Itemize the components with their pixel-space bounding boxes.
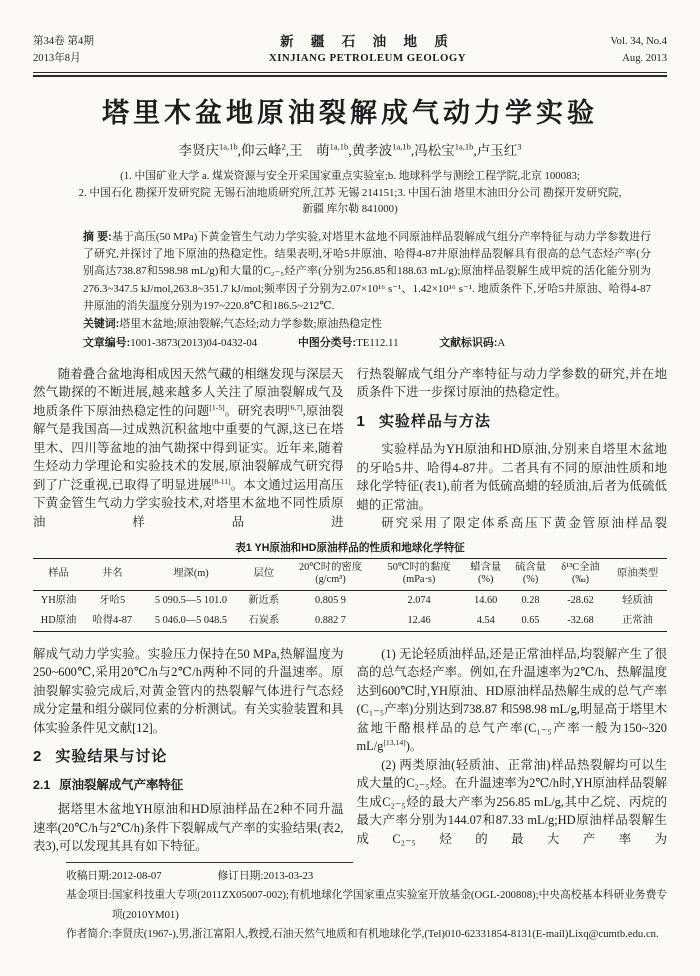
col-header-wax: 蜡含量(%) [463, 558, 508, 590]
affiliation-line: 新疆 库尔勒 841000) [33, 201, 667, 218]
abstract: 摘 要:基于高压(50 MPa)下黄金管生气动力学实验,对塔里木盆地不同原油样品… [83, 229, 651, 315]
abstract-block: 摘 要:基于高压(50 MPa)下黄金管生气动力学实验,对塔里木盆地不同原油样品… [83, 229, 651, 352]
author-bio-line: 作者简介: 李贤庆(1967-),男,浙江富阳人,教授,石油天然气地质和有机地球… [33, 925, 667, 944]
article-meta-line: 文章编号:1001-3873(2013)04-0432-04 中图分类号:TE1… [83, 335, 651, 352]
issue-info-cn: 第34卷 第4期 2013年8月 [33, 34, 163, 67]
section-2-heading: 2实验结果与讨论 [33, 748, 344, 767]
author-line: 李贤庆1a,1b,仰云峰2,王 萌1a,1b,黄孝波1a,1b,冯松宝1a,1b… [33, 142, 667, 160]
table1: 样品 井名 埋深(m) 层位 20℃时的密度(g/cm³) 50℃时的黏度(mP… [33, 558, 667, 632]
col-header-delta13c: δ¹³C全油(‰) [553, 558, 608, 590]
journal-header: 第34卷 第4期 2013年8月 新 疆 石 油 地 质 XINJIANG PE… [33, 34, 667, 67]
fund-text: 国家科技重大专项(2011ZX05007-002);有机地球化学国家重点实验室开… [112, 886, 667, 925]
section-2-1-heading: 2.1原油裂解成气产率特征 [33, 776, 344, 795]
table1-header: 样品 井名 埋深(m) 层位 20℃时的密度(g/cm³) 50℃时的黏度(mP… [33, 558, 667, 590]
article-title: 塔里木盆地原油裂解成气动力学实验 [33, 97, 667, 129]
table-row: YH原油 牙哈5 5 090.5—5 101.0 新近系 0.805 9 2.0… [33, 590, 667, 611]
revised-date: 2013-03-23 [263, 867, 313, 886]
journal-name-cn: 新 疆 石 油 地 质 [163, 34, 572, 50]
dates-line: 收稿日期:2012-08-07修订日期:2013-03-23 [33, 867, 667, 886]
affiliation-line: 2. 中国石化 勘探开发研究院 无锡石油地质研究所,江苏 无锡 214151;3… [33, 185, 667, 202]
col-header-sulfur: 硫含量(%) [508, 558, 553, 590]
result-item-1: (1) 无论轻质油样品,还是正常油样品,均裂解产生了很高的总气态烃产率。例如,在… [357, 645, 668, 756]
bio-label: 作者简介: [66, 925, 112, 944]
table1-block: 表1 YH原油和HD原油样品的性质和地球化学特征 样品 井名 埋深(m) 层位 … [33, 540, 667, 632]
table-row: HD原油 哈得4-87 5 046.0—5 048.5 石炭系 0.882 7 … [33, 611, 667, 632]
volume-issue-cn: 第34卷 第4期 [33, 34, 163, 51]
journal-name: 新 疆 石 油 地 质 XINJIANG PETROLEUM GEOLOGY [163, 34, 572, 66]
abstract-label: 摘 要: [83, 231, 112, 243]
samples-paragraph: 实验样品为YH原油和HD原油,分别来自塔里木盆地的牙哈5井、哈得4-87井。二者… [357, 440, 668, 514]
header-divider [33, 72, 667, 77]
left-column-bottom: 解成气动力学实验。实验压力保持在50 MPa,热解温度为250~600℃,采用2… [33, 645, 344, 856]
received-label: 收稿日期: [66, 867, 112, 886]
keywords-label: 关键词: [83, 318, 119, 330]
date-cn: 2013年8月 [33, 51, 163, 68]
col-header-depth: 埋深(m) [141, 558, 242, 590]
col-header-density: 20℃时的密度(g/cm³) [286, 558, 375, 590]
left-column-top: 随着叠合盆地海相成因天然气藏的相继发现与深层天然气勘探的不断进展,越来越多人关注… [33, 365, 344, 533]
col-header-horizon: 层位 [241, 558, 286, 590]
footnote-block: 收稿日期:2012-08-07修订日期:2013-03-23 基金项目: 国家科… [33, 862, 667, 945]
method-paragraph-continuation: 解成气动力学实验。实验压力保持在50 MPa,热解温度为250~600℃,采用2… [33, 645, 344, 738]
date-en: Aug. 2013 [572, 51, 667, 68]
journal-page: 第34卷 第4期 2013年8月 新 疆 石 油 地 质 XINJIANG PE… [0, 0, 700, 976]
body-columns-top: 随着叠合盆地海相成因天然气藏的相继发现与深层天然气勘探的不断进展,越来越多人关注… [33, 365, 667, 533]
intro-paragraph: 随着叠合盆地海相成因天然气藏的相继发现与深层天然气勘探的不断进展,越来越多人关注… [33, 365, 344, 532]
affiliation-line: (1. 中国矿业大学 a. 煤炭资源与安全开采国家重点实验室;b. 地球科学与测… [33, 168, 667, 185]
table1-caption: 表1 YH原油和HD原油样品的性质和地球化学特征 [33, 540, 667, 555]
revised-label: 修订日期: [218, 867, 264, 886]
keywords-text: 塔里木盆地;原油裂解;气态烃;动力学参数;原油热稳定性 [119, 318, 382, 330]
volume-issue-en: Vol. 34, No.4 [572, 34, 667, 51]
method-paragraph-start: 研究采用了限定体系高压下黄金管原油样品裂 [357, 514, 668, 533]
intro-continuation: 行热裂解成气组分产率特征与动力学参数的研究,并在地质条件下进一步探讨原油的热稳定… [357, 365, 668, 402]
received-date: 2012-08-07 [112, 867, 162, 886]
spacer [162, 867, 218, 886]
section-1-heading: 1实验样品与方法 [357, 413, 668, 432]
fund-line: 基金项目: 国家科技重大专项(2011ZX05007-002);有机地球化学国家… [33, 886, 667, 925]
col-header-sample: 样品 [33, 558, 84, 590]
issue-info-en: Vol. 34, No.4 Aug. 2013 [572, 34, 667, 67]
footnote-divider [66, 862, 353, 863]
result-item-2: (2) 两类原油(轻质油、正常油)样品热裂解均可以生成大量的C₂₋₅烃。在升温速… [357, 756, 668, 849]
article-number: 文章编号:1001-3873(2013)04-0432-04 [83, 337, 257, 349]
journal-name-en: XINJIANG PETROLEUM GEOLOGY [163, 50, 572, 66]
col-header-well: 井名 [84, 558, 140, 590]
body-columns-bottom: 解成气动力学实验。实验压力保持在50 MPa,热解温度为250~600℃,采用2… [33, 645, 667, 856]
affiliations: (1. 中国矿业大学 a. 煤炭资源与安全开采国家重点实验室;b. 地球科学与测… [33, 168, 667, 218]
document-code: 文献标识码:A [439, 337, 505, 349]
results-intro-paragraph: 据塔里木盆地YH原油和HD原油样品在2种不同升温速率(20℃/h与2℃/h)条件… [33, 800, 344, 856]
col-header-oil-type: 原油类型 [608, 558, 667, 590]
keywords-line: 关键词:塔里木盆地;原油裂解;气态烃;动力学参数;原油热稳定性 [83, 316, 651, 333]
col-header-viscosity: 50℃时的黏度(mPa·s) [375, 558, 464, 590]
right-column-bottom: (1) 无论轻质油样品,还是正常油样品,均裂解产生了很高的总气态烃产率。例如,在… [357, 645, 668, 856]
bio-text: 李贤庆(1967-),男,浙江富阳人,教授,石油天然气地质和有机地球化学,(Te… [112, 925, 667, 944]
clc-number: 中图分类号:TE112.11 [298, 337, 399, 349]
fund-label: 基金项目: [66, 886, 112, 925]
right-column-top: 行热裂解成气组分产率特征与动力学参数的研究,并在地质条件下进一步探讨原油的热稳定… [357, 365, 668, 533]
abstract-text: 基于高压(50 MPa)下黄金管生气动力学实验,对塔里木盆地不同原油样品裂解成气… [83, 231, 651, 312]
